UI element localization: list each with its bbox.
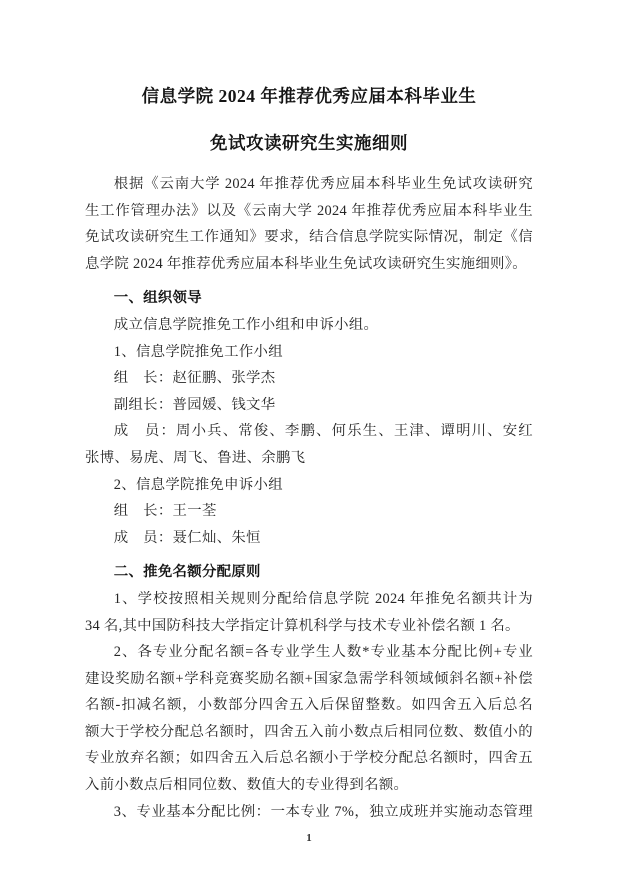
doc-line: 1、学校按照相关规则分配给信息学院 2024 年推免名额共计为 [85, 586, 533, 613]
doc-line: 张博、易虎、周飞、鲁进、余鹏飞 [85, 445, 533, 472]
doc-body: 根据《云南大学 2024 年推荐优秀应届本科毕业生免试攻读研究 生工作管理办法》… [85, 171, 533, 825]
doc-line: 成 员：周小兵、常俊、李鹏、何乐生、王津、谭明川、安红萍、 [85, 418, 533, 445]
document-page: 信息学院 2024 年推荐优秀应届本科毕业生 免试攻读研究生实施细则 根据《云南… [0, 0, 618, 891]
intro-line: 息学院 2024 年推荐优秀应届本科毕业生免试攻读研究生实施细则》。 [85, 251, 533, 278]
doc-line: 副组长：普园媛、钱文华 [85, 392, 533, 419]
intro-line: 生工作管理办法》以及《云南大学 2024 年推荐优秀应届本科毕业生 [85, 198, 533, 225]
doc-line: 3、专业基本分配比例：一本专业 7%，独立成班并实施动态管理 [85, 799, 533, 826]
section-heading-1: 一、组织领导 [85, 285, 533, 312]
doc-line: 组 长：王一荃 [85, 498, 533, 525]
doc-line: 建设奖励名额+学科竞赛奖励名额+国家急需学科领域倾斜名额+补偿 [85, 666, 533, 693]
doc-line: 成立信息学院推免工作小组和申诉小组。 [85, 312, 533, 339]
doc-line: 成 员：聂仁灿、朱恒 [85, 525, 533, 552]
doc-line: 2、信息学院推免申诉小组 [85, 472, 533, 499]
doc-line: 2、各专业分配名额=各专业学生人数*专业基本分配比例+专业 [85, 639, 533, 666]
doc-line: 1、信息学院推免工作小组 [85, 339, 533, 366]
doc-title-line-1: 信息学院 2024 年推荐优秀应届本科毕业生 [85, 84, 533, 108]
intro-line: 免试攻读研究生工作通知》要求，结合信息学院实际情况，制定《信 [85, 224, 533, 251]
doc-line: 额大于学校分配总名额时，四舍五入前小数点后相同位数、数值小的 [85, 719, 533, 746]
page-number: 1 [0, 832, 618, 844]
doc-line: 组 长：赵征鹏、张学杰 [85, 365, 533, 392]
intro-line: 根据《云南大学 2024 年推荐优秀应届本科毕业生免试攻读研究 [85, 171, 533, 198]
doc-line: 名额-扣减名额，小数部分四舍五入后保留整数。如四舍五入后总名 [85, 692, 533, 719]
doc-line: 专业放弃名额；如四舍五入后总名额小于学校分配总名额时，四舍五 [85, 745, 533, 772]
doc-line: 入前小数点后相同位数、数值大的专业得到名额。 [85, 772, 533, 799]
section-heading-2: 二、推免名额分配原则 [85, 559, 533, 586]
doc-title-line-2: 免试攻读研究生实施细则 [85, 131, 533, 155]
doc-line: 34 名,其中国防科技大学指定计算机科学与技术专业补偿名额 1 名。 [85, 613, 533, 640]
